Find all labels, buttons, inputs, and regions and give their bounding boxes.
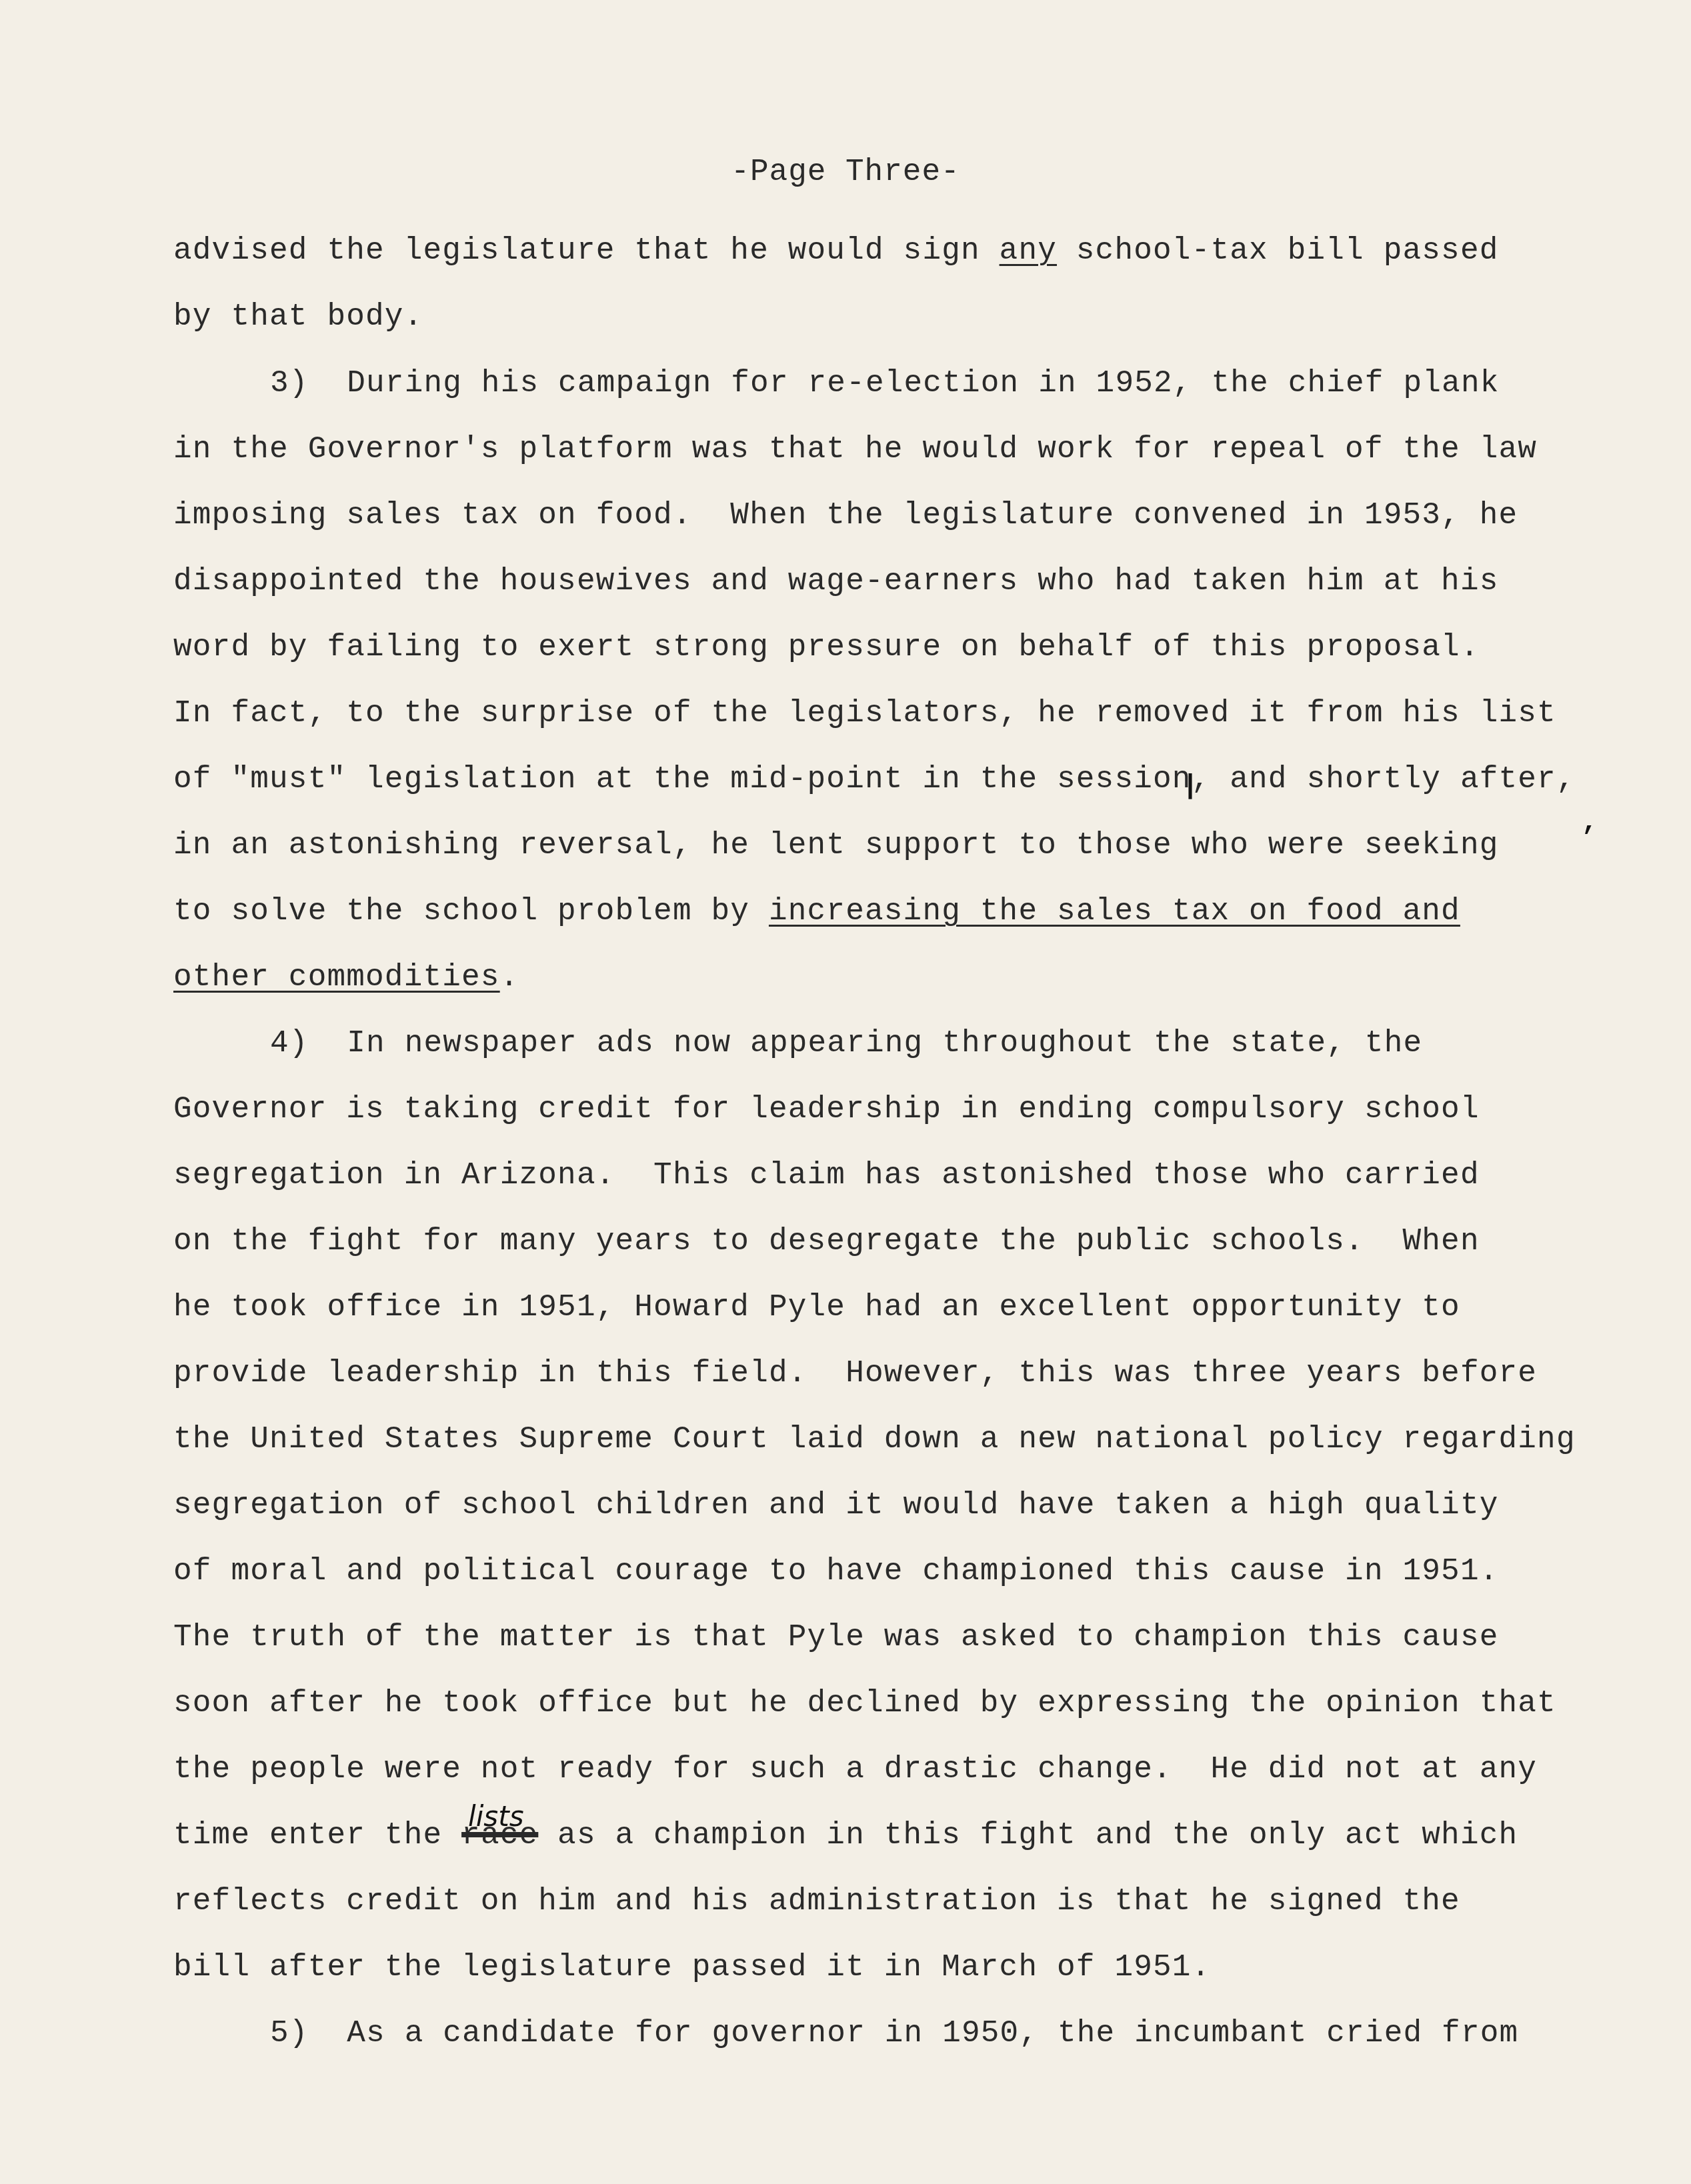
text-line: imposing sales tax on food. When the leg… [173,498,1518,533]
text-line: segregation of school children and it wo… [173,1488,1499,1523]
handwritten-insertion: lists [468,1800,524,1833]
text-line: reflects credit on him and his administr… [173,1884,1460,1919]
text-line: time enter the race as a champion in thi… [173,1818,1518,1853]
text-line: to solve the school problem by increasin… [173,894,1460,929]
text-line: 3) During his campaign for re-election i… [270,366,1500,401]
text-line: of "must" legislation at the mid-point i… [173,762,1576,797]
text-line: by that body. [173,299,423,334]
text-line: word by failing to exert strong pressure… [173,630,1480,665]
page-header: -Page Three- [0,155,1691,189]
text-line: Governor is taking credit for leadership… [173,1092,1480,1127]
text-line: 4) In newspaper ads now appearing throug… [270,1026,1422,1061]
text-line: of moral and political courage to have c… [173,1554,1499,1589]
text-line: in an astonishing reversal, he lent supp… [173,828,1499,863]
text-line: soon after he took office but he decline… [173,1686,1556,1721]
text-line: the United States Supreme Court laid dow… [173,1422,1576,1457]
text-line: bill after the legislature passed it in … [173,1950,1210,1985]
text-line: advised the legislature that he would si… [173,233,1499,268]
ink-comma-mark: , [1582,808,1598,838]
text-line: on the fight for many years to desegrega… [173,1224,1480,1259]
text-line: The truth of the matter is that Pyle was… [173,1620,1499,1655]
ink-correction-mark: | [1182,772,1198,802]
text-line: in the Governor's platform was that he w… [173,432,1537,467]
text-line: segregation in Arizona. This claim has a… [173,1158,1480,1193]
text-line: 5) As a candidate for governor in 1950, … [270,2016,1518,2051]
text-line: In fact, to the surprise of the legislat… [173,696,1556,731]
text-line: he took office in 1951, Howard Pyle had … [173,1290,1460,1325]
underlined-text: other commodities [173,960,500,995]
underlined-text: any [1000,233,1057,268]
underlined-text: increasing the sales tax on food and [769,894,1460,929]
text-line: disappointed the housewives and wage-ear… [173,564,1499,599]
text-line: the people were not ready for such a dra… [173,1752,1537,1787]
text-line: provide leadership in this field. Howeve… [173,1356,1537,1391]
text-line: other commodities. [173,960,519,995]
